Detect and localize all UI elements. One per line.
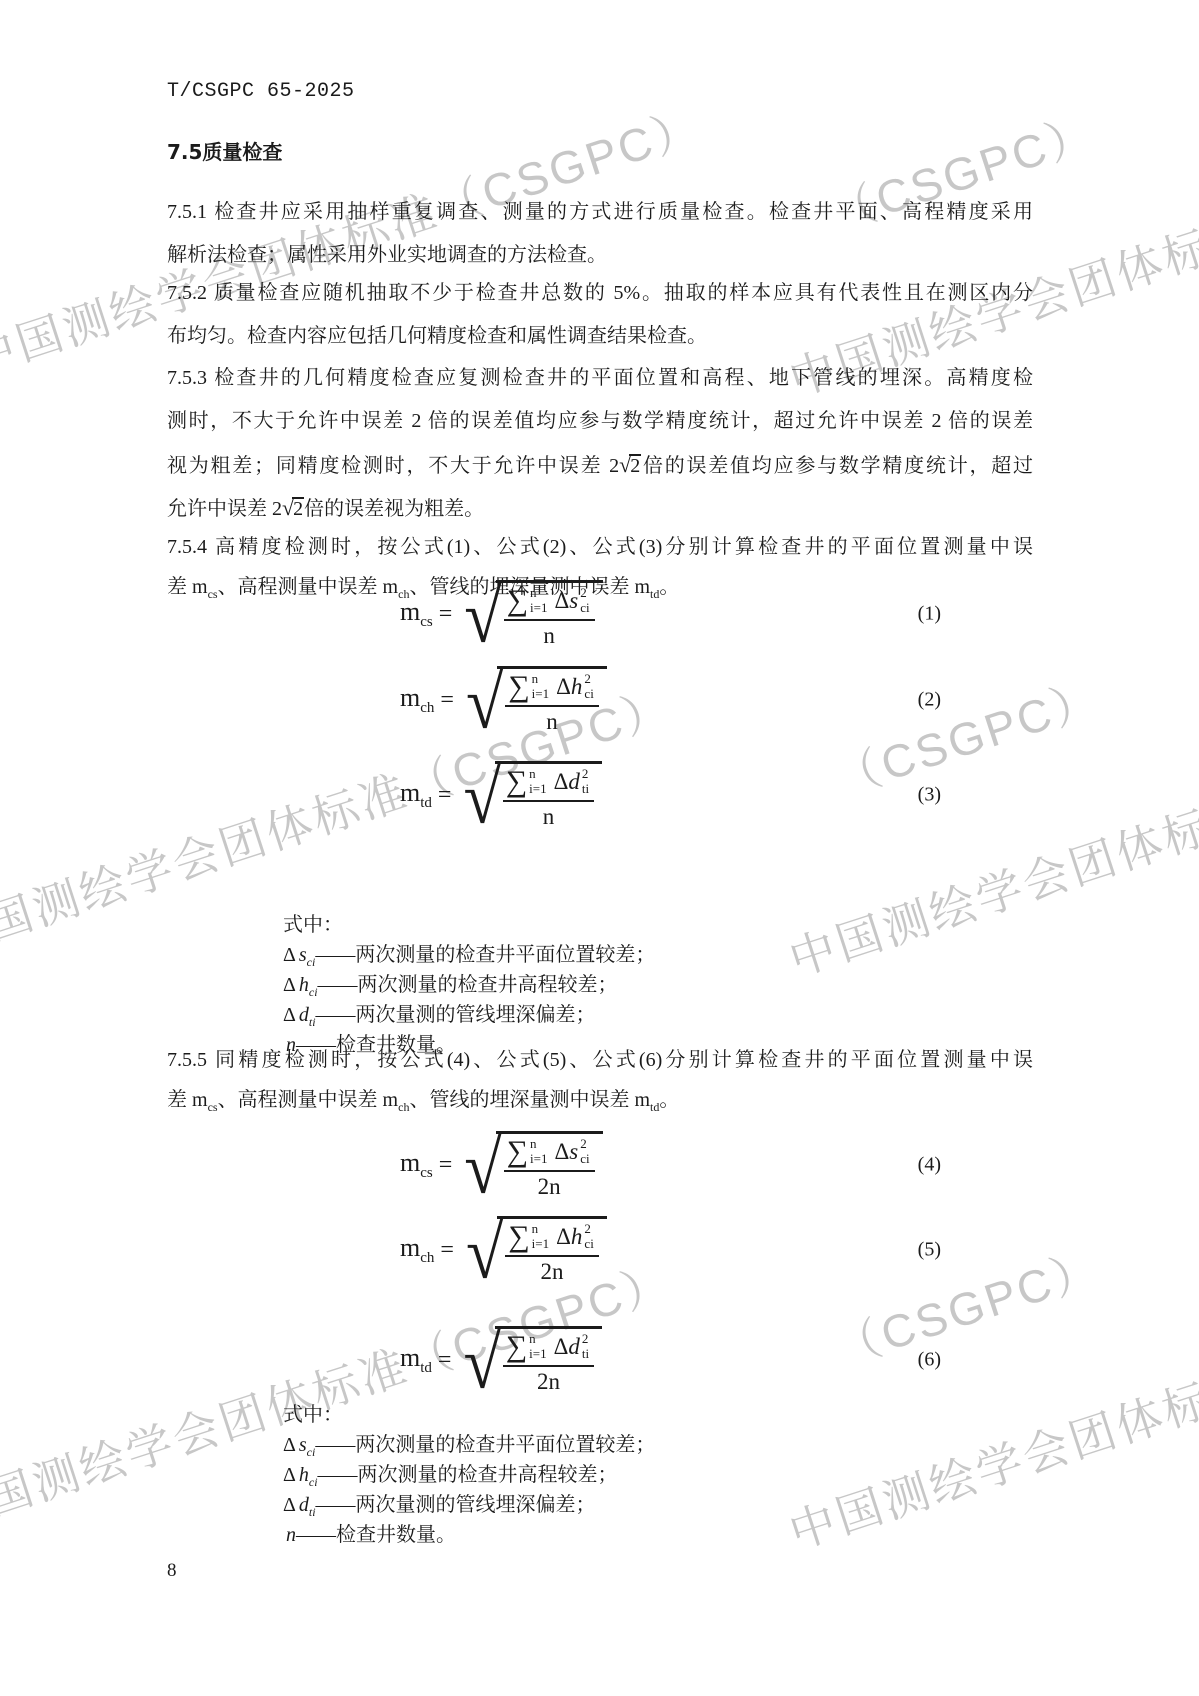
body-line: 允许中误差 2√2倍的误差视为粗差。 — [167, 486, 1033, 529]
body-line: 7.5.4 高精度检测时，按公式(1)、公式(2)、公式(3)分别计算检查井的平… — [167, 527, 1033, 567]
radical-icon: √ — [464, 579, 501, 654]
radical-icon: √ — [466, 665, 503, 740]
equation: mtd = √∑ni=1Δd2tin — [400, 751, 602, 839]
equals-sign: = — [440, 687, 454, 714]
legend-item: Δhci——两次测量的检查井高程较差； — [283, 1460, 655, 1490]
sigma-icon: ∑ — [507, 586, 528, 616]
formula-3: mtd = √∑ni=1Δd2tin (3) — [167, 751, 1033, 839]
equation-number: (3) — [918, 784, 941, 807]
page-number: 8 — [167, 1560, 177, 1582]
body-line: 布均匀。检查内容应包括几何精度检查和属性调查结果检查。 — [167, 315, 1033, 358]
equals-sign: = — [438, 782, 452, 809]
legend-item: Δhci——两次测量的检查井高程较差； — [283, 970, 655, 1000]
equation-number: (1) — [918, 603, 941, 626]
legend-intro: 式中： — [283, 910, 655, 940]
equation-number: (2) — [918, 689, 941, 712]
radical-icon: √ — [463, 1325, 500, 1400]
equation-number: (5) — [918, 1239, 941, 1262]
sigma-icon: ∑ — [508, 672, 529, 702]
section-heading: 7.5质量检查 — [167, 136, 282, 165]
legend-item: Δsci——两次测量的检查井平面位置较差； — [283, 1430, 655, 1460]
formula-2: mch = √∑ni=1Δh2cin (2) — [167, 656, 1033, 744]
body-line: 7.5.1 检查井应采用抽样重复调查、测量的方式进行质量检查。检查井平面、高程精… — [167, 191, 1033, 234]
body-line: 解析法检查；属性采用外业实地调查的方法检查。 — [167, 234, 1033, 277]
body-line: 7.5.2 质量检查应随机抽取不少于检查井总数的 5%。抽取的样本应具有代表性且… — [167, 272, 1033, 315]
legend-intro: 式中： — [283, 1400, 655, 1430]
equals-sign: = — [439, 601, 453, 628]
sigma-icon: ∑ — [508, 1222, 529, 1252]
paragraph-7-5-2: 7.5.2 质量检查应随机抽取不少于检查井总数的 5%。抽取的样本应具有代表性且… — [167, 272, 1033, 358]
paragraph-7-5-3: 7.5.3 检查井的几何精度检查应复测检查井的平面位置和高程、地下管线的埋深。高… — [167, 357, 1033, 529]
equation: mcs = √∑ni=1Δs2ci2n — [400, 1121, 603, 1209]
paragraph-7-5-5: 7.5.5 同精度检测时，按公式(4)、公式(5)、公式(6)分别计算检查井的平… — [167, 1040, 1033, 1120]
equals-sign: = — [438, 1347, 452, 1374]
document-code: T/CSGPC 65-2025 — [167, 80, 355, 103]
legend-item: Δsci——两次测量的检查井平面位置较差； — [283, 940, 655, 970]
legend-item: Δdti——两次量测的管线埋深偏差； — [283, 1490, 655, 1520]
legend-block: 式中： Δsci——两次测量的检查井平面位置较差； Δhci——两次测量的检查井… — [283, 1400, 655, 1550]
sigma-icon: ∑ — [507, 1137, 528, 1167]
body-line: 差 mcs、高程测量中误差 mch、管线的埋深量测中误差 mtd。 — [167, 1080, 1033, 1120]
page-content: T/CSGPC 65-2025 7.5质量检查 7.5.1 检查井应采用抽样重复… — [0, 0, 1199, 1696]
legend-item: n——检查井数量。 — [283, 1520, 655, 1550]
body-line: 视为粗差；同精度检测时，不大于允许中误差 2√2倍的误差值均应参与数学精度统计，… — [167, 443, 1033, 486]
equals-sign: = — [439, 1152, 453, 1179]
body-line: 7.5.5 同精度检测时，按公式(4)、公式(5)、公式(6)分别计算检查井的平… — [167, 1040, 1033, 1080]
formula-6: mtd = √∑ni=1Δd2ti2n (6) — [167, 1316, 1033, 1404]
radical-icon: √ — [463, 760, 500, 835]
body-line: 7.5.3 检查井的几何精度检查应复测检查井的平面位置和高程、地下管线的埋深。高… — [167, 357, 1033, 400]
equation-number: (6) — [918, 1349, 941, 1372]
equation: mcs = √∑ni=1Δs2cin — [400, 570, 603, 658]
equation: mtd = √∑ni=1Δd2ti2n — [400, 1316, 602, 1404]
paragraph-7-5-1: 7.5.1 检查井应采用抽样重复调查、测量的方式进行质量检查。检查井平面、高程精… — [167, 191, 1033, 277]
body-line: 测时，不大于允许中误差 2 倍的误差值均应参与数学精度统计，超过允许中误差 2 … — [167, 400, 1033, 443]
equation-number: (4) — [918, 1154, 941, 1177]
formula-5: mch = √∑ni=1Δh2ci2n (5) — [167, 1206, 1033, 1294]
formula-1: mcs = √∑ni=1Δs2cin (1) — [167, 570, 1033, 658]
radical-icon: √ — [464, 1130, 501, 1205]
equation: mch = √∑ni=1Δh2cin — [400, 656, 607, 744]
equation: mch = √∑ni=1Δh2ci2n — [400, 1206, 607, 1294]
formula-4: mcs = √∑ni=1Δs2ci2n (4) — [167, 1121, 1033, 1209]
radical-icon: √ — [466, 1215, 503, 1290]
legend-block: 式中： Δsci——两次测量的检查井平面位置较差； Δhci——两次测量的检查井… — [283, 910, 655, 1060]
sigma-icon: ∑ — [506, 767, 527, 797]
legend-item: Δdti——两次量测的管线埋深偏差； — [283, 1000, 655, 1030]
document-page: 中国测绘学会团体标准（CSGPC） 中国测绘学会团体标准（CSGPC） （CSG… — [0, 0, 1199, 1696]
sigma-icon: ∑ — [506, 1332, 527, 1362]
equals-sign: = — [440, 1237, 454, 1264]
